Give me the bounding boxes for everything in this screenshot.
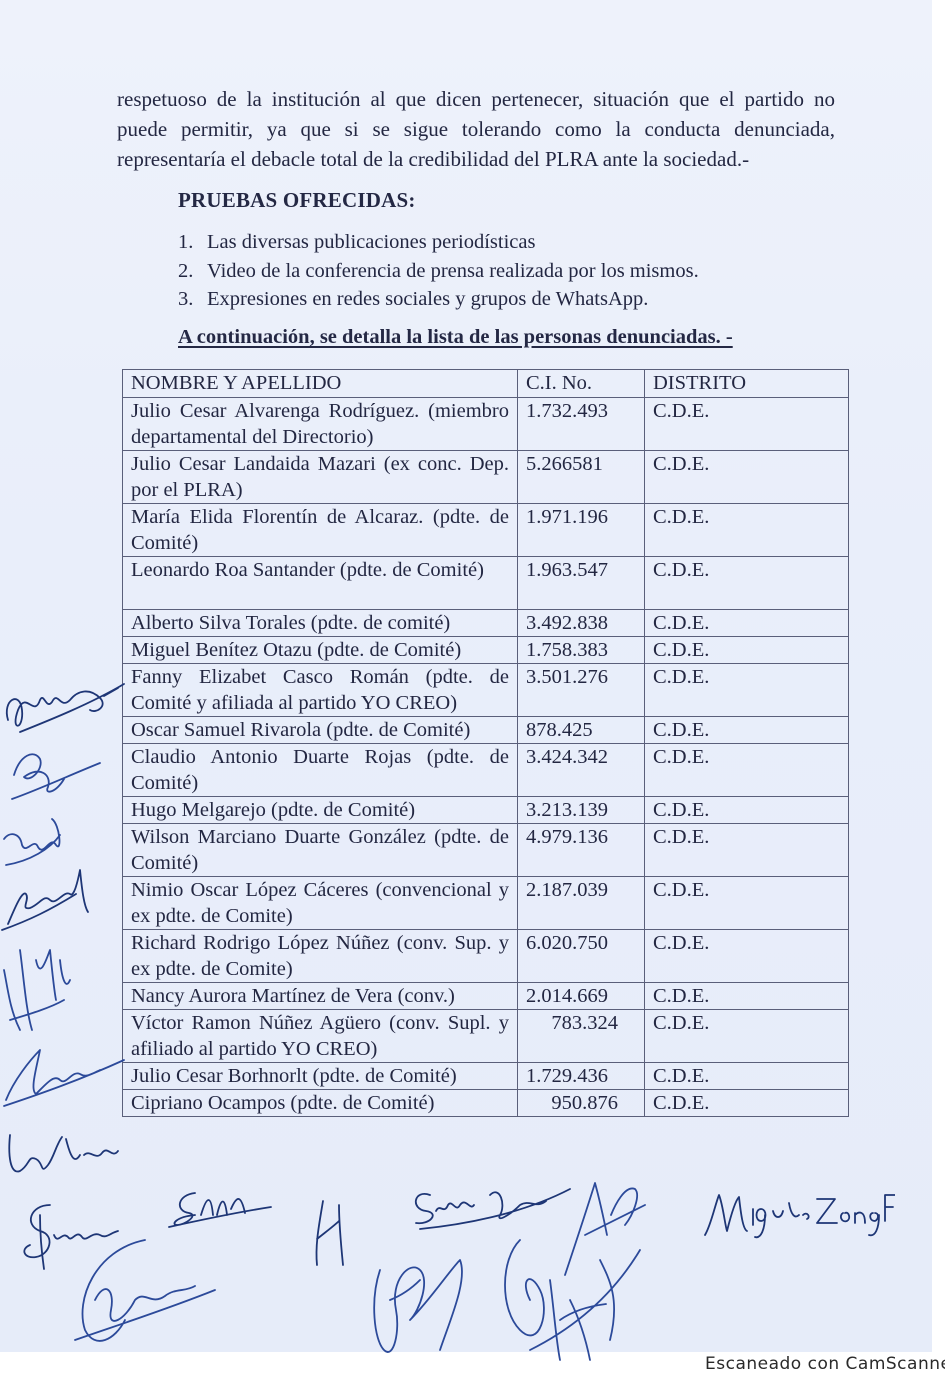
person-ci: 5.266581 — [518, 451, 645, 504]
item-number: 1. — [178, 228, 207, 257]
camscanner-watermark: Escaneado con CamScanner — [705, 1354, 945, 1373]
person-name: María Elida Florentín de Alcaraz. (pdte.… — [123, 504, 518, 557]
person-district: C.D.E. — [645, 451, 849, 504]
signature-left-4 — [0, 850, 110, 940]
person-district: C.D.E. — [645, 557, 849, 610]
person-name: Julio Cesar Borhnorlt (pdte. de Comité) — [123, 1063, 518, 1090]
person-district: C.D.E. — [645, 877, 849, 930]
person-district: C.D.E. — [645, 610, 849, 637]
evidence-list: 1.Las diversas publicaciones periodístic… — [178, 228, 699, 314]
person-ci: 1.963.547 — [518, 557, 645, 610]
person-ci: 6.020.750 — [518, 930, 645, 983]
person-ci: 4.979.136 — [518, 824, 645, 877]
person-ci: 3.492.838 — [518, 610, 645, 637]
signature-left-3 — [0, 805, 90, 875]
person-ci: 783.324 — [518, 1010, 645, 1063]
header-district: DISTRITO — [645, 370, 849, 398]
paragraph-line: representaría el debacle total de la cre… — [117, 144, 835, 174]
person-name: Hugo Melgarejo (pdte. de Comité) — [123, 797, 518, 824]
person-ci: 1.732.493 — [518, 398, 645, 451]
table-row: Richard Rodrigo López Núñez (conv. Sup. … — [123, 930, 849, 983]
paragraph-line: puede permitir, ya que si se sigue toler… — [117, 114, 835, 144]
person-ci: 1.758.383 — [518, 637, 645, 664]
table-row: Julio Cesar Borhnorlt (pdte. de Comité)1… — [123, 1063, 849, 1090]
person-district: C.D.E. — [645, 1063, 849, 1090]
person-name: Leonardo Roa Santander (pdte. de Comité) — [123, 557, 518, 610]
person-name: Wilson Marciano Duarte González (pdte. d… — [123, 824, 518, 877]
person-district: C.D.E. — [645, 1010, 849, 1063]
person-district: C.D.E. — [645, 983, 849, 1010]
table-row: María Elida Florentín de Alcaraz. (pdte.… — [123, 504, 849, 557]
person-district: C.D.E. — [645, 717, 849, 744]
signature-bottom-5 — [400, 1175, 580, 1235]
person-district: C.D.E. — [645, 744, 849, 797]
signature-left-1 — [0, 670, 130, 760]
table-row: Nancy Aurora Martínez de Vera (conv.)2.0… — [123, 983, 849, 1010]
person-district: C.D.E. — [645, 824, 849, 877]
signature-left-2 — [0, 735, 110, 815]
person-name: Oscar Samuel Rivarola (pdte. de Comité) — [123, 717, 518, 744]
person-ci: 878.425 — [518, 717, 645, 744]
signature-bottom-3 — [55, 1230, 225, 1350]
person-district: C.D.E. — [645, 797, 849, 824]
table-row: Cipriano Ocampos (pdte. de Comité)950.87… — [123, 1090, 849, 1117]
person-name: Julio Cesar Alvarenga Rodríguez. (miembr… — [123, 398, 518, 451]
evidence-section-title: PRUEBAS OFRECIDAS: — [178, 188, 416, 213]
table-row: Alberto Silva Torales (pdte. de comité)3… — [123, 610, 849, 637]
denounced-persons-table: NOMBRE Y APELLIDO C.I. No. DISTRITO Juli… — [122, 369, 849, 1117]
person-ci: 1.971.196 — [518, 504, 645, 557]
table-row: Julio Cesar Landaida Mazari (ex conc. De… — [123, 451, 849, 504]
paragraph-line: respetuoso de la institución al que dice… — [117, 84, 835, 114]
signature-bottom-4 — [305, 1195, 355, 1270]
table-row: Fanny Elizabet Casco Román (pdte. de Com… — [123, 664, 849, 717]
person-name: Claudio Antonio Duarte Rojas (pdte. de C… — [123, 744, 518, 797]
item-text: Expresiones en redes sociales y grupos d… — [207, 288, 648, 310]
table-row: Claudio Antonio Duarte Rojas (pdte. de C… — [123, 744, 849, 797]
denounced-list-heading: A continuación, se detalla la lista de l… — [178, 326, 733, 349]
person-ci: 950.876 — [518, 1090, 645, 1117]
signature-miguel-zong — [695, 1185, 895, 1245]
person-district: C.D.E. — [645, 637, 849, 664]
person-ci: 1.729.436 — [518, 1063, 645, 1090]
person-name: Alberto Silva Torales (pdte. de comité) — [123, 610, 518, 637]
item-number: 2. — [178, 257, 207, 286]
person-name: Julio Cesar Landaida Mazari (ex conc. De… — [123, 451, 518, 504]
signature-bottom-6 — [555, 1175, 665, 1285]
evidence-item: 2.Video de la conferencia de prensa real… — [178, 257, 699, 286]
item-number: 3. — [178, 285, 207, 314]
table-row: Leonardo Roa Santander (pdte. de Comité)… — [123, 557, 849, 610]
evidence-item: 1.Las diversas publicaciones periodístic… — [178, 228, 699, 257]
person-name: Richard Rodrigo López Núñez (conv. Sup. … — [123, 930, 518, 983]
table-row: Oscar Samuel Rivarola (pdte. de Comité)8… — [123, 717, 849, 744]
person-ci: 2.187.039 — [518, 877, 645, 930]
person-ci: 3.501.276 — [518, 664, 645, 717]
person-name: Fanny Elizabet Casco Román (pdte. de Com… — [123, 664, 518, 717]
person-district: C.D.E. — [645, 664, 849, 717]
person-ci: 3.213.139 — [518, 797, 645, 824]
signature-left-6 — [0, 1030, 130, 1110]
signature-bottom-1 — [10, 1195, 130, 1275]
person-name: Víctor Ramon Núñez Agüero (conv. Supl. y… — [123, 1010, 518, 1063]
intro-paragraph: respetuoso de la institución al que dice… — [117, 84, 835, 174]
table-row: Víctor Ramon Núñez Agüero (conv. Supl. y… — [123, 1010, 849, 1063]
person-name: Miguel Benítez Otazu (pdte. de Comité) — [123, 637, 518, 664]
signature-bottom-7 — [360, 1240, 480, 1365]
table-row: Wilson Marciano Duarte González (pdte. d… — [123, 824, 849, 877]
signature-left-5 — [0, 940, 110, 1050]
table-row: Julio Cesar Alvarenga Rodríguez. (miembr… — [123, 398, 849, 451]
person-name: Nancy Aurora Martínez de Vera (conv.) — [123, 983, 518, 1010]
table-row: Nimio Oscar López Cáceres (convencional … — [123, 877, 849, 930]
table-row: Hugo Melgarejo (pdte. de Comité)3.213.13… — [123, 797, 849, 824]
evidence-item: 3.Expresiones en redes sociales y grupos… — [178, 285, 699, 314]
signature-left-7 — [0, 1115, 125, 1185]
person-name: Nimio Oscar López Cáceres (convencional … — [123, 877, 518, 930]
item-text: Las diversas publicaciones periodísticas — [207, 231, 535, 253]
person-district: C.D.E. — [645, 398, 849, 451]
table-row: Miguel Benítez Otazu (pdte. de Comité)1.… — [123, 637, 849, 664]
signature-bottom-2 — [165, 1185, 275, 1235]
item-text: Video de la conferencia de prensa realiz… — [207, 260, 699, 282]
scanned-page: respetuoso de la institución al que dice… — [0, 0, 932, 1352]
person-name: Cipriano Ocampos (pdte. de Comité) — [123, 1090, 518, 1117]
person-district: C.D.E. — [645, 930, 849, 983]
person-district: C.D.E. — [645, 504, 849, 557]
person-district: C.D.E. — [645, 1090, 849, 1117]
header-name: NOMBRE Y APELLIDO — [123, 370, 518, 398]
header-ci: C.I. No. — [518, 370, 645, 398]
person-ci: 3.424.342 — [518, 744, 645, 797]
table-header-row: NOMBRE Y APELLIDO C.I. No. DISTRITO — [123, 370, 849, 398]
person-ci: 2.014.669 — [518, 983, 645, 1010]
signature-bottom-8 — [490, 1220, 650, 1370]
